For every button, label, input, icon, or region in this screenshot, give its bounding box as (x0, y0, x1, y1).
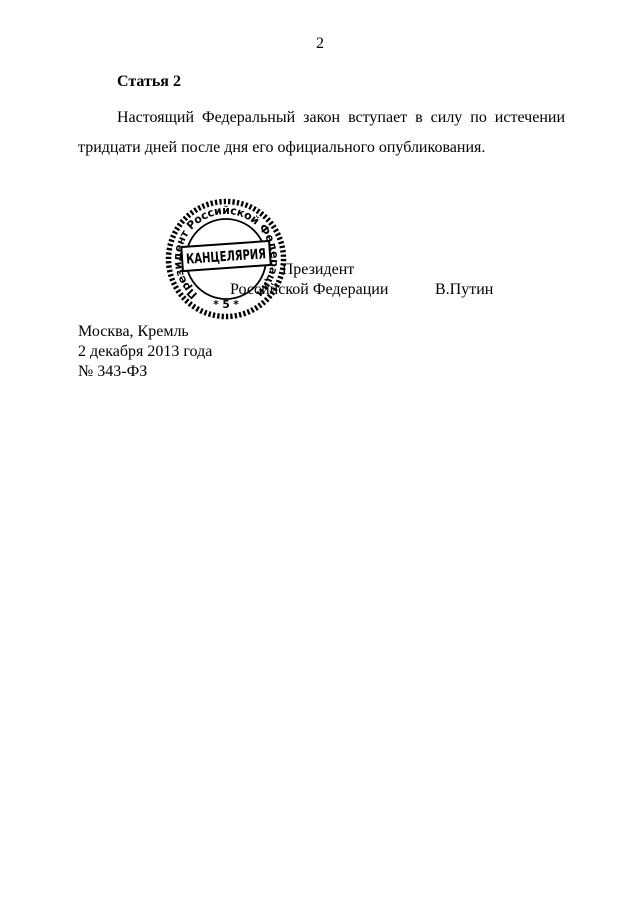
footer-place: Москва, Кремль (78, 322, 212, 342)
official-stamp-icon: Президент Российской Федерации * 5 * КАН… (163, 196, 289, 322)
stamp-center-box: КАНЦЕЛЯРИЯ (181, 241, 270, 271)
document-number: № 343-ФЗ (78, 362, 212, 382)
page-number: 2 (0, 35, 640, 53)
stamp-bottom-text: * 5 * (213, 299, 239, 311)
article-paragraph: Настоящий Федеральный закон вступает в с… (78, 103, 565, 163)
article-heading: Статья 2 (117, 73, 181, 91)
footer-block: Москва, Кремль 2 декабря 2013 года № 343… (78, 322, 212, 382)
signatory-name: В.Путин (435, 281, 493, 299)
footer-date: 2 декабря 2013 года (78, 342, 212, 362)
